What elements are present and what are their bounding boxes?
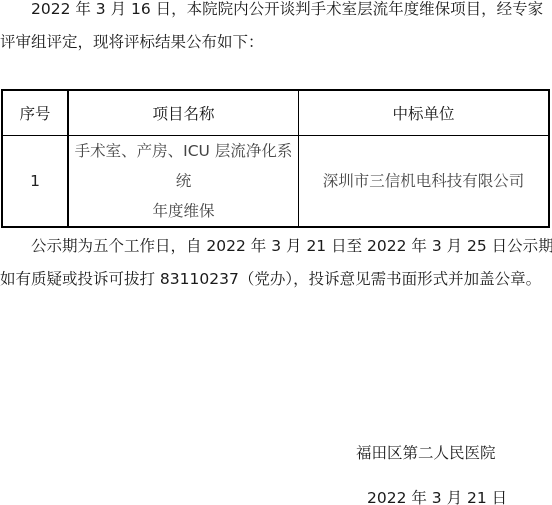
project-name-line-2: 年度维保 — [69, 196, 298, 226]
cell-winning-unit: 深圳市三信机电科技有限公司 — [299, 136, 550, 228]
notice-line-1: 公示期为五个工作日，自 2022 年 3 月 21 日至 2022 年 3 月 … — [0, 230, 552, 263]
intro-line-1: 2022 年 3 月 16 日，本院院内公开谈判手术室层流年度维保项目，经专家 — [0, 0, 552, 26]
cell-project-name: 手术室、产房、ICU 层流净化系统 年度维保 — [68, 136, 299, 228]
header-index: 序号 — [2, 90, 68, 136]
signature-organization: 福田区第二人民医院 — [356, 441, 496, 463]
cell-index: 1 — [2, 136, 68, 228]
header-winning-unit: 中标单位 — [299, 90, 550, 136]
signature-date: 2022 年 3 月 21 日 — [367, 486, 507, 505]
intro-line-2: 评审组评定，现将评标结果公布如下： — [0, 26, 552, 59]
notice-paragraph: 公示期为五个工作日，自 2022 年 3 月 21 日至 2022 年 3 月 … — [0, 230, 552, 296]
table-row: 1 手术室、产房、ICU 层流净化系统 年度维保 深圳市三信机电科技有限公司 — [2, 136, 549, 228]
bid-result-table: 序号 项目名称 中标单位 1 手术室、产房、ICU 层流净化系统 年度维保 深圳… — [1, 89, 550, 228]
header-project-name: 项目名称 — [68, 90, 299, 136]
project-name-line-1: 手术室、产房、ICU 层流净化系统 — [69, 136, 298, 196]
table-header-row: 序号 项目名称 中标单位 — [2, 90, 549, 136]
notice-line-2: 如有质疑或投诉可拔打 83110237（党办），投诉意见需书面形式并加盖公章。 — [0, 263, 552, 296]
intro-paragraph: 2022 年 3 月 16 日，本院院内公开谈判手术室层流年度维保项目，经专家 … — [0, 0, 552, 59]
